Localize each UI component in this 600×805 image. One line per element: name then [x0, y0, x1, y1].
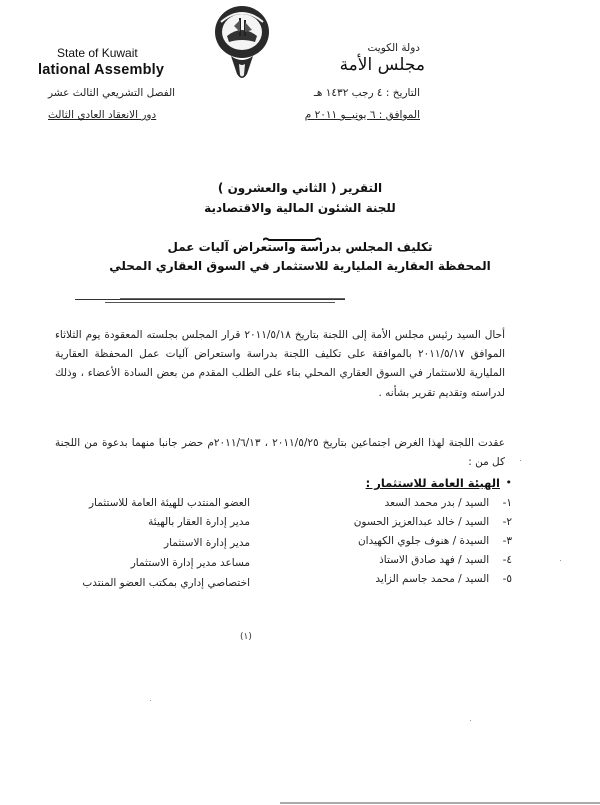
scan-edge	[280, 802, 600, 804]
bullet-icon: •	[506, 476, 513, 489]
attendee-name-text: السيد / خالد عبدالعزيز الحسون	[354, 516, 490, 528]
header-assembly-english: lational Assembly	[38, 62, 164, 78]
attendees-heading: الهيئة العامة للاستثمار :	[366, 476, 500, 490]
separator-line	[105, 302, 335, 303]
attendee-name: ٤- السيد / فهد صادق الاستاذ	[379, 554, 512, 566]
attendee-number: ٣-	[503, 535, 512, 547]
attendee-name: ٣- السيدة / هنوف جلوي الكهيدان	[358, 535, 512, 547]
attendee-title: اختصاصي إداري بمكتب العضو المنتدب	[82, 577, 250, 589]
header-assembly-arabic: مجلس الأمة	[340, 55, 425, 75]
attendee-name: ١- السيد / بدر محمد السعد	[385, 497, 512, 509]
committee-title: للجنة الشئون المالية والاقتصادية	[0, 201, 600, 215]
subject-line-2: المحفظة العقارية المليارية للاستثمار في …	[0, 259, 600, 273]
attendee-name-text: السيدة / هنوف جلوي الكهيدان	[358, 535, 489, 547]
kuwait-emblem-icon	[207, 2, 277, 84]
attendee-name-text: السيد / بدر محمد السعد	[385, 497, 490, 509]
attendee-number: ١-	[503, 497, 512, 509]
ornament-divider	[263, 227, 321, 233]
separator-line	[120, 298, 345, 299]
attendee-name: ٢- السيد / خالد عبدالعزيز الحسون	[354, 516, 512, 528]
scan-speck	[150, 700, 151, 701]
report-number-title: التقرير ( الثاني والعشرون )	[0, 181, 600, 195]
scan-speck	[560, 560, 561, 561]
date-hijri: التاريخ : ٤ رجب ١٤٣٢ هـ	[314, 87, 420, 99]
attendee-number: ٥-	[503, 573, 512, 585]
attendee-name: ٥- السيد / محمد جاسم الزايد	[375, 573, 512, 585]
scan-speck	[520, 460, 521, 461]
header-state-english: State of Kuwait	[57, 46, 138, 60]
header-state-arabic: دولة الكويت	[368, 42, 421, 54]
scan-speck	[470, 720, 471, 721]
separator-line	[75, 299, 345, 300]
body-paragraph-2: عقدت اللجنة لهذا الغرض اجتماعين بتاريخ ٢…	[55, 434, 505, 472]
attendee-title: مساعد مدير إدارة الاستثمار	[131, 557, 250, 569]
attendee-title: مدير إدارة الاستثمار	[164, 537, 250, 549]
legislative-term: الفصل التشريعي الثالث عشر	[48, 87, 175, 99]
subject-line-1: تكليف المجلس بدراسة واستعراض آليات عمل	[0, 240, 600, 254]
body-paragraph-1: أحال السيد رئيس مجلس الأمة إلى اللجنة بت…	[55, 326, 505, 403]
attendee-name-text: السيد / فهد صادق الاستاذ	[379, 554, 489, 566]
attendee-name-text: السيد / محمد جاسم الزايد	[375, 573, 489, 585]
session-label: دور الانعقاد العادي الثالث	[48, 109, 156, 121]
attendee-number: ٢-	[503, 516, 512, 528]
attendee-number: ٤-	[503, 554, 512, 566]
page-number: (١)	[240, 632, 252, 642]
date-gregorian: الموافق : ٦ يونيــو ٢٠١١ م	[305, 109, 420, 121]
attendee-title: مدير إدارة العقار بالهيئة	[148, 516, 250, 528]
attendee-title: العضو المنتدب للهيئة العامة للاستثمار	[89, 497, 250, 509]
